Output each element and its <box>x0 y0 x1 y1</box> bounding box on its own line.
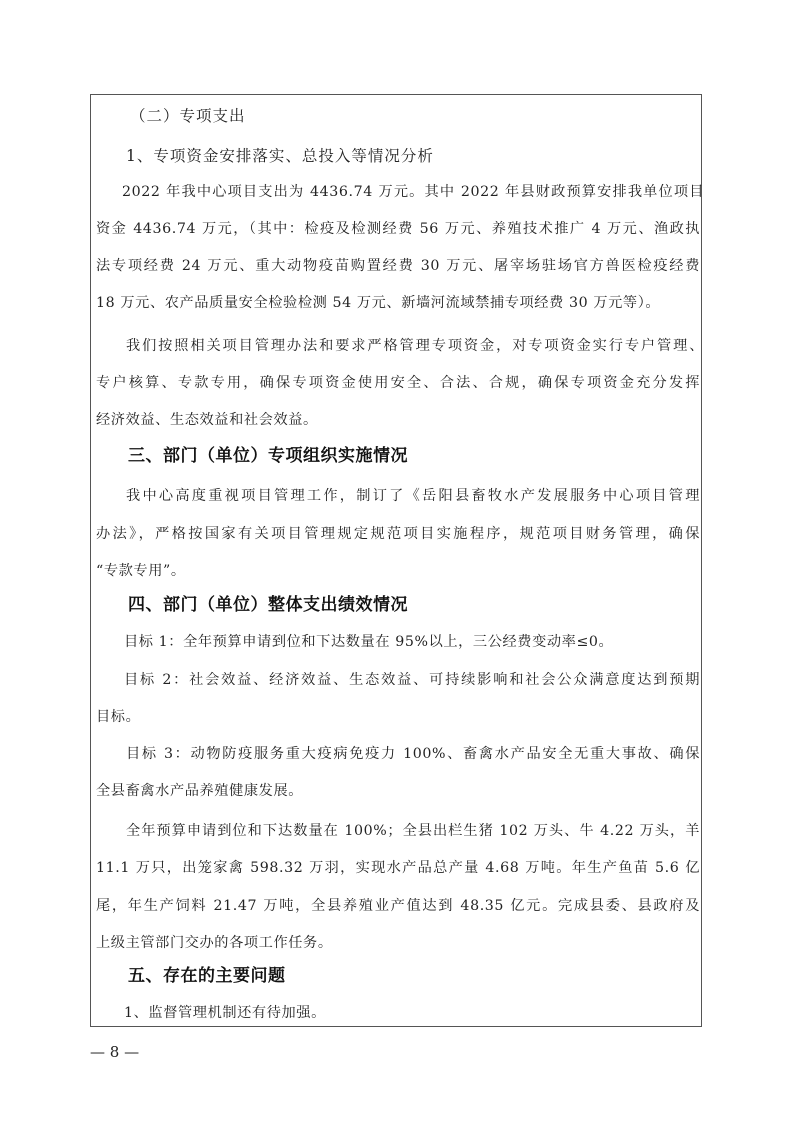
para-1-line-1: 2022 年我中心项目支出为 4436.74 万元。其中 2022 年县财政预算… <box>122 182 704 202</box>
result-line-1: 全年预算申请到位和下达数量在 100%；全县出栏生猪 102 万头、牛 4.22… <box>126 821 700 841</box>
section-3-line-1: 我中心高度重视项目管理工作，制订了《岳阳县畜牧水产发展服务中心项目管理 <box>126 486 700 506</box>
para-1-line-4: 18 万元、农产品质量安全检验检测 54 万元、新墙河流域禁捕专项经费 30 万… <box>96 293 660 313</box>
subsection-1-title: 1、专项资金安排落实、总投入等情况分析 <box>126 146 434 166</box>
section-3-title: 三、部门（单位）专项组织实施情况 <box>128 446 408 466</box>
result-line-4: 上级主管部门交办的各项工作任务。 <box>96 933 333 953</box>
result-line-2: 11.1 万只，出笼家禽 598.32 万羽，实现水产品总产量 4.68 万吨。… <box>96 858 700 878</box>
para-1-line-3: 法专项经费 24 万元、重大动物疫苗购置经费 30 万元、屠宰场驻场官方兽医检疫… <box>96 256 700 276</box>
para-2-line-3: 经济效益、生态效益和社会效益。 <box>96 410 318 430</box>
goal-2-line-1: 目标 2：社会效益、经济效益、生态效益、可持续影响和社会公众满意度达到预期 <box>124 670 700 690</box>
section-5-title: 五、存在的主要问题 <box>128 966 286 986</box>
section-2-title: （二）专项支出 <box>130 106 246 126</box>
section-4-title: 四、部门（单位）整体支出绩效情况 <box>128 595 408 615</box>
page-number: — 8 — <box>90 1043 139 1061</box>
goal-2-line-2: 目标。 <box>96 707 140 727</box>
para-2-line-1: 我们按照相关项目管理办法和要求严格管理专项资金，对专项资金实行专户管理、 <box>126 336 704 356</box>
para-2-line-2: 专户核算、专款专用，确保专项资金使用安全、合法、合规，确保专项资金充分发挥 <box>96 373 700 393</box>
goal-3-line-1: 目标 3：动物防疫服务重大疫病免疫力 100%、畜禽水产品安全无重大事故、确保 <box>126 744 700 764</box>
goal-1: 目标 1：全年预算申请到位和下达数量在 95%以上，三公经费变动率≤0。 <box>124 632 613 652</box>
section-3-line-3: “专款专用”。 <box>96 561 186 581</box>
result-line-3: 尾，年生产饲料 21.47 万吨，全县养殖业产值达到 48.35 亿元。完成县委… <box>96 896 700 916</box>
section-3-line-2: 办法》，严格按国家有关项目管理规定规范项目实施程序，规范项目财务管理，确保 <box>96 524 700 544</box>
section-5-item-1: 1、监督管理机制还有待加强。 <box>124 1003 326 1023</box>
para-1-line-2: 资金 4436.74 万元，（其中：检疫及检测经费 56 万元、养殖技术推广 4… <box>96 219 700 239</box>
goal-3-line-2: 全县畜禽水产品养殖健康发展。 <box>96 781 303 801</box>
